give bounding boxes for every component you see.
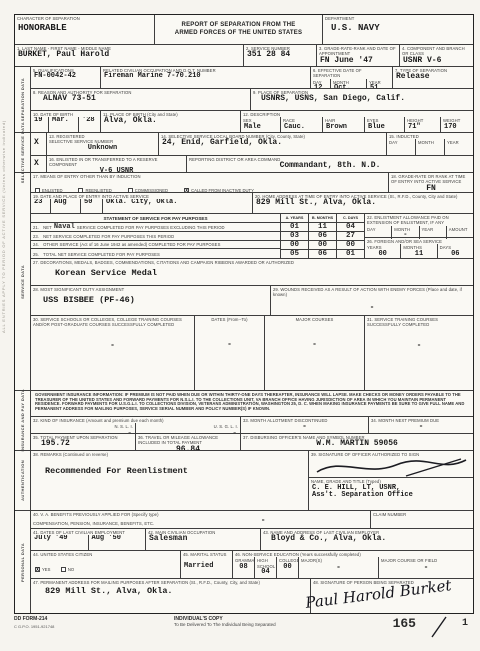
form-title-line1: REPORT OF SEPARATION FROM THE bbox=[155, 15, 322, 29]
citizen-education-row: 44. UNITED STATES CITIZEN XYES NO 45. MA… bbox=[31, 551, 473, 579]
place-of-separation-field: 9. PLACE OF SEPARATION USNRS, USNS, San … bbox=[251, 89, 473, 110]
character-of-separation-value: HONORABLE bbox=[15, 21, 154, 34]
inducted-field: 15. INDUCTED DAY MONTH YEAR bbox=[387, 133, 473, 155]
main-grid: 5. QUALIFICATIONS FN-0042-42 RELATED CIV… bbox=[31, 67, 473, 613]
total-service-days: 01 bbox=[337, 250, 364, 258]
enlisted-checkbox bbox=[35, 188, 40, 192]
decorations-value: Korean Service Medal bbox=[31, 265, 473, 278]
local-board-field: 14. SELECTIVE SERVICE LOCAL BOARD NUMBER… bbox=[159, 133, 387, 155]
travel-allowance-value: 96.84 bbox=[136, 446, 240, 451]
copy-subtitle: To Be Delivered To The Individual Being … bbox=[174, 622, 354, 627]
employment-to: Aug '50 bbox=[89, 535, 146, 543]
major-field-value: - bbox=[379, 564, 473, 573]
training-courses-field: 31. SERVICE TRAINING COURSES SUCCESSFULL… bbox=[365, 316, 473, 390]
reason-authority-field: 8. REASON AND AUTHORITY FOR SEPARATION A… bbox=[31, 89, 251, 110]
registered-mark-field: X bbox=[31, 133, 47, 155]
foreign-months: 11 bbox=[401, 251, 436, 259]
gpo-print-code: C G.P.O. 1951-921748 bbox=[14, 624, 154, 629]
education-field: 46. NON-SERVICE EDUCATION (Years success… bbox=[233, 551, 473, 578]
reserve-component-value: V-6 USNR bbox=[47, 168, 186, 173]
selective-service-number-value: Unknown bbox=[47, 145, 158, 153]
reserve-mark: X bbox=[31, 156, 46, 169]
allowance-month: - bbox=[392, 232, 418, 240]
handwritten-stroke-icon bbox=[430, 616, 448, 638]
scanned-page: ALL ENTRIES APPLY TO PERIOD OF ACTIVE SE… bbox=[0, 0, 480, 651]
payments-row: 35. TOTAL PAYMENT UPON SEPARATION 195.72… bbox=[31, 434, 473, 451]
va-benefits-row: 40. V. A. BENEFITS PREVIOUSLY APPLIED FO… bbox=[31, 511, 473, 529]
entry-row: 19. DATE AND PLACE OF ENTRY INTO ACTIVE … bbox=[31, 193, 473, 214]
service-schools-label: 30. SERVICE SCHOOLS OR COLLEGES, COLLEGE… bbox=[31, 316, 194, 328]
last-employer-field: 43. NAME AND ADDRESS OF LAST CIVILIAN EM… bbox=[261, 529, 473, 550]
grade-at-entry-label: 18. GRADE-RATE OR RANK AT TIME OF ENTRY … bbox=[389, 173, 473, 185]
identity-row: 1. LAST NAME - FIRST NAME - MIDDLE NAME … bbox=[15, 45, 473, 67]
majors-value: - bbox=[299, 564, 378, 573]
net-period-months: 06 bbox=[309, 232, 336, 241]
entry-day: 23 bbox=[31, 199, 50, 207]
net-prior-years: 01 bbox=[281, 223, 308, 232]
means-of-entry-row: 17. MEANS OF ENTRY OTHER THAN BY INDUCTI… bbox=[31, 173, 473, 193]
typed-name-line2: Ass't. Separation Office bbox=[309, 492, 473, 500]
marital-status-field: 45. MARITAL STATUS Married bbox=[181, 551, 233, 578]
separation-day: 12 bbox=[311, 85, 330, 88]
birth-description-row: 10. DATE OF BIRTH 19 Mar. '28 11. PLACE … bbox=[31, 111, 473, 133]
grade-at-entry-value: FN bbox=[389, 185, 473, 193]
insurance-row: 32. KIND OF INSURANCE (Amount and premiu… bbox=[31, 417, 473, 434]
birth-month: Mar. bbox=[49, 117, 78, 125]
description-field: 12. DESCRIPTION SEXMale RACECauc. HAIRBr… bbox=[241, 111, 473, 132]
commissioned-checkbox-label: COMMISSIONED bbox=[135, 188, 168, 192]
department-value: U.S. NAVY bbox=[323, 21, 473, 34]
reserve-component-row: X 16. ENLISTED IN OR TRANSFERRED TO A RE… bbox=[31, 156, 473, 173]
separation-date-label: 6. EFFECTIVE DATE OF SEPARATION bbox=[311, 67, 392, 79]
service-branch-fill: Naval bbox=[54, 223, 75, 231]
reserve-component-label: 16. ENLISTED IN OR TRANSFERRED TO A RESE… bbox=[47, 156, 186, 168]
type-of-separation-field: 7. TYPE OF SEPARATION Release bbox=[393, 67, 473, 88]
wounds-value: - bbox=[271, 298, 473, 313]
related-occupation-value: Fireman Marine 7-70.210 bbox=[101, 73, 310, 81]
form-title-line2: ARMED FORCES OF THE UNITED STATES bbox=[155, 29, 322, 37]
foreign-days: 06 bbox=[438, 251, 473, 259]
insurance-note-text: GOVERNMENT INSURANCE INFORMATION: IF PRE… bbox=[31, 391, 473, 414]
other-service-months: 00 bbox=[309, 241, 336, 250]
grade-at-entry-field: 18. GRADE-RATE OR RANK AT TIME OF ENTRY … bbox=[389, 173, 473, 192]
place-of-separation-value: USNRS, USNS, San Diego, Calif. bbox=[251, 95, 473, 104]
hair-value: Brown bbox=[323, 124, 364, 132]
place-of-birth-value: Alva, Okla. bbox=[101, 117, 240, 126]
reserve-mark-field: X bbox=[31, 156, 47, 172]
claim-number-field: CLAIM NUMBER bbox=[371, 511, 473, 528]
school-dates-label: DATES (From--To) bbox=[195, 316, 264, 322]
service-number-value: 351 28 84 bbox=[244, 51, 316, 60]
insurance-note-row: GOVERNMENT INSURANCE INFORMATION: IF PRE… bbox=[31, 391, 473, 417]
remarks-value: Recommended For Reenlistment bbox=[31, 457, 308, 476]
employment-from: July '49 bbox=[31, 535, 88, 543]
copy-number: 1 bbox=[462, 616, 468, 629]
margin-section-selective-service: SELECTIVE SERVICE DATA bbox=[15, 133, 30, 173]
usgli-value: - bbox=[229, 430, 240, 434]
training-courses-value: - bbox=[365, 342, 473, 351]
home-address-entry-field: 20. HOME ADDRESS AT TIME OF ENTRY INTO A… bbox=[253, 193, 473, 213]
statement-labels-column: STATEMENT OF SERVICE FOR PAY PURPOSES 21… bbox=[31, 214, 281, 258]
va-benefits-field: 40. V. A. BENEFITS PREVIOUSLY APPLIED FO… bbox=[31, 511, 371, 528]
edge-note: ALL ENTRIES APPLY TO PERIOD OF ACTIVE SE… bbox=[1, 120, 6, 333]
total-service-months: 06 bbox=[309, 250, 336, 258]
separation-month: Oct. bbox=[331, 85, 366, 88]
next-premium-field: 34. MONTH NEXT PREMIUM DUE - bbox=[369, 417, 473, 433]
component-branch-value: USNR V-6 bbox=[400, 57, 473, 66]
weight-value: 170 bbox=[441, 124, 473, 132]
other-service-years: 00 bbox=[281, 241, 308, 250]
foreign-years: 00 bbox=[365, 251, 400, 259]
total-payment-value: 195.72 bbox=[31, 440, 135, 449]
officer-signature-field: 39. SIGNATURE OF OFFICER AUTHORIZED TO S… bbox=[309, 451, 473, 510]
sex-value: Male bbox=[241, 124, 280, 132]
net-period-years: 03 bbox=[281, 232, 308, 241]
va-benefits-sublabel: COMPENSATION, PENSION, INSURANCE, BENEFI… bbox=[31, 520, 156, 526]
race-value: Cauc. bbox=[281, 124, 322, 132]
next-premium-value: - bbox=[369, 423, 473, 432]
travel-allowance-label: 36. TRAVEL OR MILEAGE ALLOWANCE INCLUDED… bbox=[136, 434, 240, 446]
decorations-field: 27. DECORATIONS, MEDALS, BADGES, COMMEND… bbox=[31, 259, 473, 285]
net-prior-months: 11 bbox=[309, 223, 336, 232]
total-payment-field: 35. TOTAL PAYMENT UPON SEPARATION 195.72 bbox=[31, 434, 136, 450]
qualifications-field: 5. QUALIFICATIONS FN-0042-42 bbox=[31, 67, 101, 88]
wounds-field: 29. WOUNDS RECEIVED AS A RESULT OF ACTIO… bbox=[271, 286, 473, 315]
related-occupation-field: RELATED CIVILIAN OCCUPATION AND D.O.T. N… bbox=[101, 67, 311, 88]
citizen-yes-checkbox: X bbox=[35, 567, 40, 572]
eyes-value: Blue bbox=[365, 124, 404, 132]
remarks-field: 38. REMARKS (Continued on reverse) Recom… bbox=[31, 451, 309, 510]
header-row: CHARACTER OF SEPARATION HONORABLE REPORT… bbox=[15, 15, 473, 45]
insurance-note-field: GOVERNMENT INSURANCE INFORMATION: IF PRE… bbox=[31, 391, 473, 416]
permanent-address-value: 829 Mill St., Alva, Okla. bbox=[31, 585, 310, 596]
claim-number-label: CLAIM NUMBER bbox=[371, 511, 473, 517]
wounds-label: 29. WOUNDS RECEIVED AS A RESULT OF ACTIO… bbox=[271, 286, 473, 298]
duty-assignment-value: USS BISBEE (PF-46) bbox=[31, 292, 270, 305]
form-title: REPORT OF SEPARATION FROM THE ARMED FORC… bbox=[155, 15, 323, 44]
registered-mark: X bbox=[31, 133, 46, 148]
date-of-birth-field: 10. DATE OF BIRTH 19 Mar. '28 bbox=[31, 111, 101, 132]
birth-year: '28 bbox=[79, 117, 100, 125]
training-courses-label: 31. SERVICE TRAINING COURSES SUCCESSFULL… bbox=[365, 316, 473, 328]
major-courses-value: - bbox=[265, 341, 364, 350]
reporting-district-field: REPORTING DISTRICT OR AREA COMMAND Comma… bbox=[187, 156, 473, 172]
entry-date-place-field: 19. DATE AND PLACE OF ENTRY INTO ACTIVE … bbox=[31, 193, 253, 213]
citizen-yes-label: YES bbox=[42, 567, 50, 572]
name-field: 1. LAST NAME - FIRST NAME - MIDDLE NAME … bbox=[15, 45, 244, 66]
net-prior-days: 04 bbox=[337, 223, 364, 232]
school-dates-field: DATES (From--To) - bbox=[195, 316, 265, 390]
nsli-value: - bbox=[124, 430, 135, 434]
enlistment-allowance-label: 22. ENLISTMENT ALLOWANCE PAID ON EXTENSI… bbox=[365, 214, 473, 226]
dd214-form: CHARACTER OF SEPARATION HONORABLE REPORT… bbox=[14, 14, 474, 614]
schools-row: 30. SERVICE SCHOOLS OR COLLEGES, COLLEGE… bbox=[31, 316, 473, 391]
separation-date-field: 6. EFFECTIVE DATE OF SEPARATION DAY12 MO… bbox=[311, 67, 393, 88]
service-schools-field: 30. SERVICE SCHOOLS OR COLLEGES, COLLEGE… bbox=[31, 316, 195, 390]
margin-section-personal-data: PERSONAL DATA bbox=[15, 511, 30, 613]
years-column: A. YEARS 01 03 00 05 bbox=[281, 214, 309, 258]
enlistment-allowance-field: 22. ENLISTMENT ALLOWANCE PAID ON EXTENSI… bbox=[365, 214, 473, 238]
qualifications-row: 5. QUALIFICATIONS FN-0042-42 RELATED CIV… bbox=[31, 67, 473, 89]
separation-year: 51 bbox=[367, 85, 392, 88]
disbursing-officer-field: 37. DISBURSING OFFICER'S NAME AND SYMBOL… bbox=[241, 434, 473, 450]
kind-of-insurance-field: 32. KIND OF INSURANCE (Amount and premiu… bbox=[31, 417, 241, 433]
remarks-row: 38. REMARKS (Continued on reverse) Recom… bbox=[31, 451, 473, 511]
called-from-inactive-duty-label: CALLED FROM INACTIVE DUTY bbox=[191, 188, 254, 192]
separatee-signature-field: 48. SIGNATURE OF PERSON BEING SEPARATED … bbox=[311, 579, 473, 613]
character-of-separation-field: CHARACTER OF SEPARATION HONORABLE bbox=[15, 15, 155, 44]
margin-section-service-data: SERVICE DATA bbox=[15, 173, 30, 391]
selective-service-row: X 13. REGISTERED SELECTIVE SERVICE NUMBE… bbox=[31, 133, 473, 156]
height-value: 71" bbox=[405, 124, 440, 132]
duty-wounds-row: 28. MOST SIGNIFICANT DUTY ASSIGNMENT USS… bbox=[31, 286, 473, 316]
means-of-entry-field: 17. MEANS OF ENTRY OTHER THAN BY INDUCTI… bbox=[31, 173, 389, 192]
va-benefits-value: - bbox=[156, 517, 370, 526]
service-number-field: 2. SERVICE NUMBER 351 28 84 bbox=[244, 45, 317, 66]
grammar-years: 08 bbox=[233, 564, 254, 572]
marital-status-value: Married bbox=[181, 557, 232, 571]
enlisted-checkbox-label: ENLISTED bbox=[42, 188, 62, 192]
citizen-no-checkbox bbox=[61, 567, 66, 572]
grade-rate-value: FN June '47 bbox=[317, 57, 399, 66]
reserve-component-field: 16. ENLISTED IN OR TRANSFERRED TO A RESE… bbox=[47, 156, 187, 172]
civilian-occupation-field: 42. MAIN CIVILIAN OCCUPATION Salesman bbox=[146, 529, 261, 550]
reenlisted-checkbox bbox=[78, 188, 83, 192]
statement-header: STATEMENT OF SERVICE FOR PAY PURPOSES bbox=[31, 214, 280, 223]
officer-signature-icon bbox=[311, 457, 471, 477]
commissioned-checkbox bbox=[128, 188, 133, 192]
disbursing-officer-value: W.M. MARTIN 59056 bbox=[241, 440, 473, 449]
net-period-days: 27 bbox=[337, 232, 364, 241]
margin-section-insurance-pay: INSURANCE AND PAY DATA bbox=[15, 391, 30, 451]
grade-rate-label: 3. GRADE-RATE-RANK AND DATE OF APPOINTME… bbox=[317, 45, 399, 57]
service-schools-value: - bbox=[31, 342, 194, 351]
decorations-row: 27. DECORATIONS, MEDALS, BADGES, COMMEND… bbox=[31, 259, 473, 286]
college-years: 00 bbox=[277, 564, 298, 572]
form-number: DD FORM-214 bbox=[14, 616, 154, 622]
type-of-separation-value: Release bbox=[393, 73, 473, 82]
component-branch-label: 4. COMPONENT AND BRANCH OR CLASS bbox=[400, 45, 473, 57]
called-from-inactive-duty-checkbox: X bbox=[184, 188, 189, 192]
component-branch-field: 4. COMPONENT AND BRANCH OR CLASS USNR V-… bbox=[400, 45, 473, 66]
allotment-discontinued-value: - bbox=[241, 423, 368, 432]
foreign-sea-service-field: 26. FOREIGN AND/OR SEA SERVICE YEARS00 M… bbox=[365, 238, 473, 258]
months-column: B. MONTHS 11 06 00 06 bbox=[309, 214, 337, 258]
margin-strip: SEPARATION DATA SELECTIVE SERVICE DATA S… bbox=[15, 67, 31, 613]
major-courses-field: MAJOR COURSES - bbox=[265, 316, 365, 390]
grade-rate-field: 3. GRADE-RATE-RANK AND DATE OF APPOINTME… bbox=[317, 45, 400, 66]
employment-dates-field: 41. DATES OF LAST CIVILIAN EMPLOYMENT Ju… bbox=[31, 529, 146, 550]
travel-allowance-field: 36. TRAVEL OR MILEAGE ALLOWANCE INCLUDED… bbox=[136, 434, 241, 450]
entry-year: 50 bbox=[81, 199, 102, 207]
allotment-discontinued-field: 33. MONTH ALLOTMENT DISCONTINUED - bbox=[241, 417, 369, 433]
civilian-occupation-value: Salesman bbox=[146, 535, 260, 544]
name-value: BURKET, Paul Harold bbox=[15, 51, 243, 60]
sheet-number: 165 bbox=[393, 616, 416, 631]
reason-authority-value: ALNAV 73-51 bbox=[31, 95, 250, 104]
local-board-value: 24, Enid, Garfield, Okla. bbox=[159, 139, 386, 148]
place-of-birth-field: 11. PLACE OF BIRTH (City and State) Alva… bbox=[101, 111, 241, 132]
qualifications-code-value: FN-0042-42 bbox=[31, 73, 100, 81]
duty-assignment-field: 28. MOST SIGNIFICANT DUTY ASSIGNMENT USS… bbox=[31, 286, 271, 315]
citizen-no-label: NO bbox=[68, 567, 74, 572]
department-field: DEPARTMENT U.S. NAVY bbox=[323, 15, 473, 44]
entry-place: Okla. City, Okla. bbox=[103, 199, 252, 207]
civilian-employment-row: 41. DATES OF LAST CIVILIAN EMPLOYMENT Ju… bbox=[31, 529, 473, 551]
selective-service-number-field: 13. REGISTERED SELECTIVE SERVICE NUMBER … bbox=[47, 133, 159, 155]
allowance-foreign-service-column: 22. ENLISTMENT ALLOWANCE PAID ON EXTENSI… bbox=[365, 214, 473, 258]
days-column: C. DAYS 04 27 00 01 bbox=[337, 214, 365, 258]
us-citizen-field: 44. UNITED STATES CITIZEN XYES NO bbox=[31, 551, 181, 578]
birth-day: 19 bbox=[31, 117, 48, 125]
margin-section-authentication: AUTHENTICATION bbox=[15, 451, 30, 511]
high-school-years: 04 bbox=[255, 569, 276, 577]
total-service-years: 05 bbox=[281, 250, 308, 258]
other-service-days: 00 bbox=[337, 241, 364, 250]
permanent-address-field: 47. PERMANENT ADDRESS FOR MAILING PURPOS… bbox=[31, 579, 311, 613]
address-signature-row: 47. PERMANENT ADDRESS FOR MAILING PURPOS… bbox=[31, 579, 473, 613]
last-employer-value: Bloyd & Co., Alva, Okla. bbox=[261, 535, 473, 544]
form-body: SEPARATION DATA SELECTIVE SERVICE DATA S… bbox=[15, 67, 473, 613]
reason-row: 8. REASON AND AUTHORITY FOR SEPARATION A… bbox=[31, 89, 473, 111]
entry-month: Aug bbox=[51, 199, 80, 207]
home-address-entry-value: 829 Mill St., Alva, Okla. bbox=[253, 199, 473, 208]
reenlisted-checkbox-label: REENLISTED bbox=[85, 188, 111, 192]
school-dates-value: - bbox=[195, 341, 264, 350]
statement-of-service-row: STATEMENT OF SERVICE FOR PAY PURPOSES 21… bbox=[31, 214, 473, 259]
reporting-district-value: Commandant, 8th. N.D. bbox=[187, 162, 473, 171]
form-footer: DD FORM-214 C G.P.O. 1951-921748 INDIVID… bbox=[14, 616, 474, 638]
major-courses-label: MAJOR COURSES bbox=[265, 316, 364, 322]
